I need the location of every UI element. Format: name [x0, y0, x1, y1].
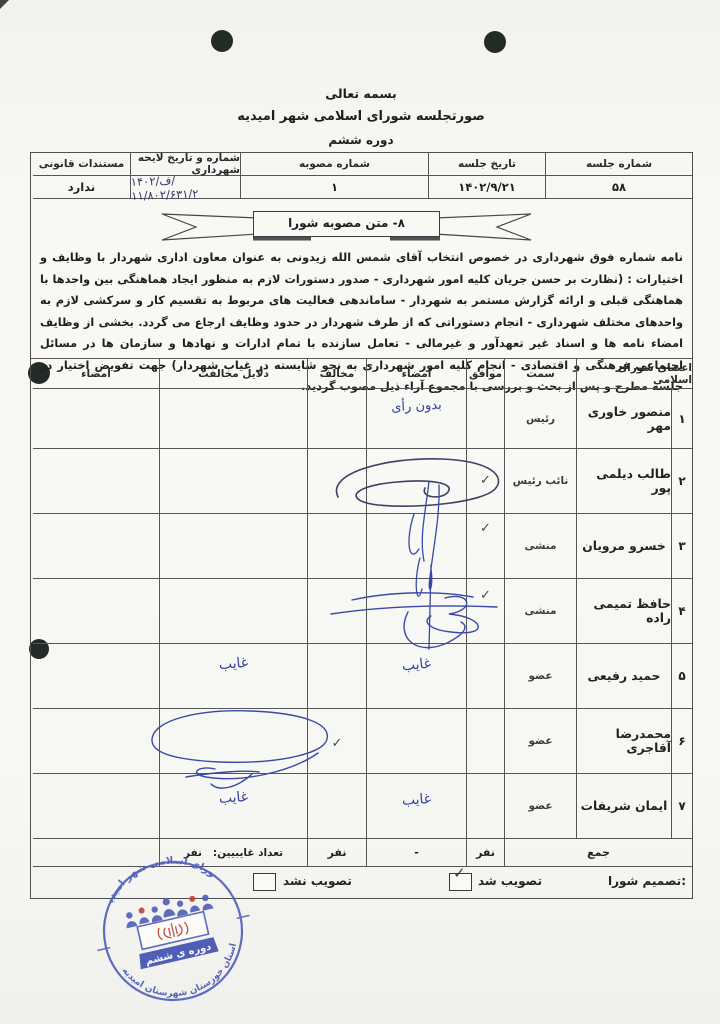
signature-cell: غایب	[366, 774, 466, 839]
signature-2-cell	[33, 644, 159, 709]
totals-signature-2	[33, 839, 159, 867]
stamp-term-text: دوره ی ششم	[145, 941, 213, 967]
member-row-no: ۱	[671, 389, 692, 449]
member-name: حافظ تمیمی راده	[576, 579, 671, 644]
member-row-no: ۲	[671, 449, 692, 514]
member-position: منشی	[504, 514, 576, 579]
agree-mark-cell	[466, 774, 504, 839]
oppose-reason-cell: غایب	[159, 644, 307, 709]
session-no-value: ۵۸	[545, 176, 692, 199]
hole-punch-dot	[484, 31, 506, 53]
ribbon-right-tail	[435, 214, 531, 240]
signature-cell: بدون رأی	[366, 389, 466, 449]
col-header-signature-2: امضاء	[33, 359, 159, 389]
ribbon-left-tail	[162, 214, 258, 240]
signature-cell	[366, 579, 466, 644]
oppose-reason-cell: غایب	[159, 774, 307, 839]
member-name: منصور خاوری مهر	[576, 389, 671, 449]
signature-2-cell	[33, 579, 159, 644]
member-name: طالب دیلمی پور	[576, 449, 671, 514]
member-row-no: ۴	[671, 579, 692, 644]
member-row-no: ۵	[671, 644, 692, 709]
ribbon-shadow-left	[253, 237, 311, 241]
signature-2-cell	[33, 449, 159, 514]
handwritten-absent-note: غایب	[160, 650, 308, 679]
member-name: خسرو مرویان	[576, 514, 671, 579]
oppose-reason-cell	[159, 709, 307, 774]
member-name: حمید رفیعی	[576, 644, 671, 709]
signature-2-cell	[33, 709, 159, 774]
member-position: رئیس	[504, 389, 576, 449]
agree-mark-cell: ✓	[466, 579, 504, 644]
member-row-no: ۳	[671, 514, 692, 579]
oppose-reason-cell	[159, 514, 307, 579]
svg-text:استان خوزستان شهرستان امیدیه: استان خوزستان شهرستان امیدیه	[119, 940, 248, 1011]
oppose-mark-cell	[307, 449, 366, 514]
oppose-reason-cell	[159, 579, 307, 644]
page-title: صورتجلسه شورای اسلامی شهر امیدیه	[30, 109, 692, 124]
stamp-emblem-plaque	[137, 912, 208, 950]
member-name: ایمان شریفات	[576, 774, 671, 839]
signature-2-cell	[33, 514, 159, 579]
scan-corner-artifact	[0, 0, 9, 9]
stamp-side-ticks	[97, 915, 249, 950]
member-row-no: ۶	[671, 709, 692, 774]
totals-label: جمع	[504, 839, 692, 867]
checkmark-icon: ✓	[453, 864, 466, 882]
col-header-session-date: تاریخ جلسه	[428, 153, 545, 176]
legal-docs-value: ندارد	[33, 176, 130, 199]
rejected-checkbox[interactable]	[253, 873, 276, 891]
col-header-signature: امضاء	[366, 359, 466, 389]
signature-cell: غایب	[366, 644, 466, 709]
stamp-term-banner	[137, 937, 218, 970]
member-position: عضو	[504, 644, 576, 709]
resolution-section: ۸- متن مصوبه شورا نامه شماره فوق شهرداری…	[31, 199, 692, 359]
signature-2-cell	[33, 774, 159, 839]
resolution-ribbon-title: ۸- متن مصوبه شورا	[253, 211, 440, 237]
col-header-resolution-no: شماره مصوبه	[240, 153, 428, 176]
bill-no-date-handwritten-value: ۱۴۰۲/ف/۱۱/۸۰۲/۶۳۱/۲	[130, 176, 240, 199]
totals-oppose-count: نفر	[307, 839, 366, 867]
oppose-mark-cell	[307, 774, 366, 839]
handwritten-absent-note: غایب	[160, 785, 308, 811]
handwritten-absent-note: غایب	[367, 789, 467, 812]
term-subtitle: دوره ششم	[30, 133, 692, 147]
handwritten-no-vote-note: بدون رأی	[367, 396, 467, 416]
oppose-reason-cell	[159, 449, 307, 514]
oppose-mark-cell	[307, 579, 366, 644]
member-position: نائب رئیس	[504, 449, 576, 514]
decision-label: تصمیم شورا:	[608, 874, 686, 888]
signature-cell	[366, 514, 466, 579]
col-header-members: اعضای شورای اسلامی	[576, 359, 692, 389]
col-header-position: سمت	[504, 359, 576, 389]
approved-checkbox[interactable]: ✓	[449, 873, 472, 891]
agree-mark-cell	[466, 644, 504, 709]
members-voting-table: اعضای شورای اسلامی سمت موافق امضاء مخالف…	[31, 359, 692, 867]
col-header-agree: موافق	[466, 359, 504, 389]
signature-cell	[366, 709, 466, 774]
oppose-mark-cell	[307, 514, 366, 579]
agree-mark-cell: ✓	[466, 449, 504, 514]
signature-cell	[366, 449, 466, 514]
member-position: عضو	[504, 709, 576, 774]
totals-signature: -	[366, 839, 466, 867]
col-header-oppose-reasons: دلایل مخالفت	[159, 359, 307, 389]
member-position: عضو	[504, 774, 576, 839]
oppose-mark-cell: ✓	[307, 709, 366, 774]
col-header-session-no: شماره جلسه	[545, 153, 692, 176]
rejected-label: تصویب نشد	[283, 874, 352, 888]
col-header-oppose: مخالف	[307, 359, 366, 389]
approved-label: تصویب شد	[478, 874, 542, 888]
session-info-table: شماره جلسه تاریخ جلسه شماره مصوبه شماره …	[31, 153, 692, 199]
handwritten-absent-note: غایب	[366, 652, 466, 678]
session-date-value: ۱۴۰۲/۹/۲۱	[428, 176, 545, 199]
totals-absent-count: تعداد غایبیین: نفر	[159, 839, 307, 867]
ribbon-shadow-right	[390, 237, 440, 241]
signature-2-cell	[33, 389, 159, 449]
col-header-legal-docs: مستندات قانونی	[33, 153, 130, 176]
oppose-reason-cell	[159, 389, 307, 449]
agree-mark-cell	[466, 389, 504, 449]
agree-mark-cell	[466, 709, 504, 774]
agree-mark-cell: ✓	[466, 514, 504, 579]
hole-punch-dot	[211, 30, 233, 52]
oppose-mark-cell	[307, 389, 366, 449]
bismillah-text: بسمه تعالی	[30, 86, 692, 101]
totals-agree-count: نفر	[466, 839, 504, 867]
stamp-bottom-arc-text: استان خوزستان شهرستان امیدیه	[119, 940, 248, 1011]
member-name: محمدرضا آقاجری	[576, 709, 671, 774]
member-position: منشی	[504, 579, 576, 644]
council-decision-row: تصمیم شورا: تصویب شد ✓ تصویب نشد	[31, 867, 692, 898]
scanned-council-minutes-page: بسمه تعالی صورتجلسه شورای اسلامی شهر امی…	[0, 0, 720, 1024]
oppose-mark-cell	[307, 644, 366, 709]
member-row-no: ۷	[671, 774, 692, 839]
iran-emblem-icon	[157, 920, 189, 940]
resolution-no-value: ۱	[240, 176, 428, 199]
minutes-form: شماره جلسه تاریخ جلسه شماره مصوبه شماره …	[30, 152, 693, 899]
